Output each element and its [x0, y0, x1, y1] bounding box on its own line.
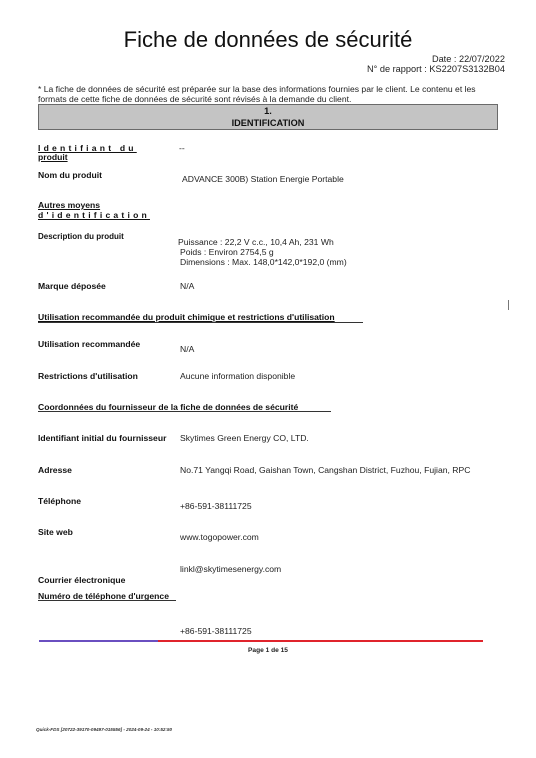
website-label: Site web [38, 527, 73, 537]
supplier-identifier-value: Skytimes Green Energy CO, LTD. [180, 433, 309, 443]
footer-rule-right [158, 640, 483, 642]
emergency-phone-value: +86-591-38111725 [180, 626, 252, 636]
product-name-label: Nom du produit [38, 170, 102, 180]
heading-underline [38, 322, 363, 323]
heading-underline [38, 600, 176, 601]
other-means-label-line1: Autres moyens [38, 200, 100, 210]
product-description-line: Puissance : 22,2 V c.c., 10,4 Ah, 231 Wh [178, 237, 334, 247]
trademark-label: Marque déposée [38, 281, 106, 291]
product-description-line: Poids : Environ 2754,5 g [180, 247, 274, 257]
generator-id: Quick-FDS [20722-39170-09497-015556] - 2… [36, 727, 172, 732]
section-header-box: 1. IDENTIFICATION [38, 104, 498, 130]
section-title: IDENTIFICATION [39, 118, 497, 130]
supplier-identifier-label: Identifiant initial du fournisseur [38, 433, 166, 443]
address-value: No.71 Yangqi Road, Gaishan Town, Cangsha… [180, 465, 470, 475]
other-means-label-line2: d'identification [38, 210, 150, 220]
phone-label: Téléphone [38, 496, 81, 506]
phone-value: +86-591-38111725 [180, 501, 252, 511]
product-identifier-value: -- [179, 143, 185, 153]
email-link[interactable]: linkl@skytimesenergy.com [180, 564, 281, 574]
footer-rule-left [39, 640, 158, 642]
product-description-label: Description du produit [38, 232, 124, 241]
heading-underline [38, 411, 331, 412]
recommended-use-value: N/A [180, 344, 194, 354]
recommended-use-label: Utilisation recommandée [38, 339, 140, 349]
recommended-use-heading: Utilisation recommandée du produit chimi… [38, 312, 335, 322]
email-label: Courrier électronique [38, 575, 125, 585]
trademark-value: N/A [180, 281, 194, 291]
document-date: Date : 22/07/2022 [432, 54, 505, 64]
restrictions-label: Restrictions d'utilisation [38, 371, 138, 381]
document-title: Fiche de données de sécurité [0, 27, 536, 53]
address-label: Adresse [38, 465, 72, 475]
product-description-line: Dimensions : Max. 148,0*142,0*192,0 (mm) [180, 257, 347, 267]
disclaimer-note: * La fiche de données de sécurité est pr… [38, 84, 500, 104]
text-cursor-mark [508, 300, 509, 310]
page-number: Page 1 de 15 [0, 647, 536, 654]
report-number: N° de rapport : KS2207S3132B04 [367, 64, 505, 74]
product-name-value: ADVANCE 300B) Station Energie Portable [182, 174, 344, 184]
restrictions-value: Aucune information disponible [180, 371, 295, 381]
section-number: 1. [39, 106, 497, 118]
website-link[interactable]: www.togopower.com [180, 532, 259, 542]
product-identifier-label-line2: produit [38, 152, 68, 162]
